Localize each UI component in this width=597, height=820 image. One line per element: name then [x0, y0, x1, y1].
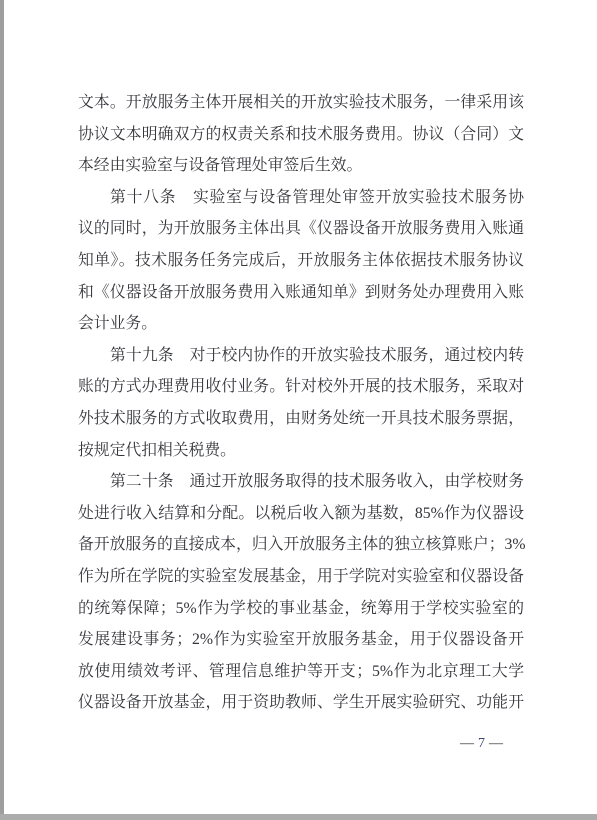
page-number-dash-right: — [489, 736, 503, 751]
text-line: 账的方式办理费用收付业务。针对校外开展的技术服务，采取对 [78, 371, 524, 403]
page-number-dash-left: — [460, 736, 474, 751]
text-line: 仪器设备开放基金，用于资助教师、学生开展实验研究、功能开 [78, 687, 524, 719]
text-line: 和《仪器设备开放服务费用入账通知单》到财务处办理费用入账 [78, 277, 524, 309]
text-line: 协议文本明确双方的权责关系和技术服务费用。协议（合同）文 [78, 119, 524, 151]
page-number: —7— [460, 735, 503, 753]
text-line: 第二十条 通过开放服务取得的技术服务收入，由学校财务 [78, 466, 524, 498]
text-line: 外技术服务的方式收取费用，由财务处统一开具技术服务票据， [78, 403, 524, 435]
text-line: 按规定代扣相关税费。 [78, 435, 524, 467]
text-line: 处进行收入结算和分配。以税后收入额为基数，85%作为仪器设 [78, 498, 524, 530]
scan-edge-left [0, 0, 4, 820]
text-line: 第十八条 实验室与设备管理处审签开放实验技术服务协 [78, 182, 524, 214]
text-line: 文本。开放服务主体开展相关的开放实验技术服务，一律采用该 [78, 87, 524, 119]
text-line: 的统筹保障；5%作为学校的事业基金，统筹用于学校实验室的 [78, 593, 524, 625]
page-number-value: 7 [478, 736, 485, 751]
text-line: 会计业务。 [78, 308, 524, 340]
text-line: 本经由实验室与设备管理处审签后生效。 [78, 150, 524, 182]
text-line: 发展建设事务；2%作为实验室开放服务基金，用于仪器设备开 [78, 624, 524, 656]
text-line: 作为所在学院的实验室发展基金，用于学院对实验室和仪器设备 [78, 561, 524, 593]
text-line: 知单》。技术服务任务完成后，开放服务主体依据技术服务协议 [78, 245, 524, 277]
document-body: 文本。开放服务主体开展相关的开放实验技术服务，一律采用该协议文本明确双方的权责关… [78, 87, 524, 719]
text-line: 放使用绩效考评、管理信息维护等开支；5%作为北京理工大学 [78, 656, 524, 688]
scan-edge-bottom [0, 814, 597, 820]
text-line: 第十九条 对于校内协作的开放实验技术服务，通过校内转 [78, 340, 524, 372]
text-line: 备开放服务的直接成本，归入开放服务主体的独立核算账户；3% [78, 529, 524, 561]
text-line: 议的同时，为开放服务主体出具《仪器设备开放服务费用入账通 [78, 213, 524, 245]
